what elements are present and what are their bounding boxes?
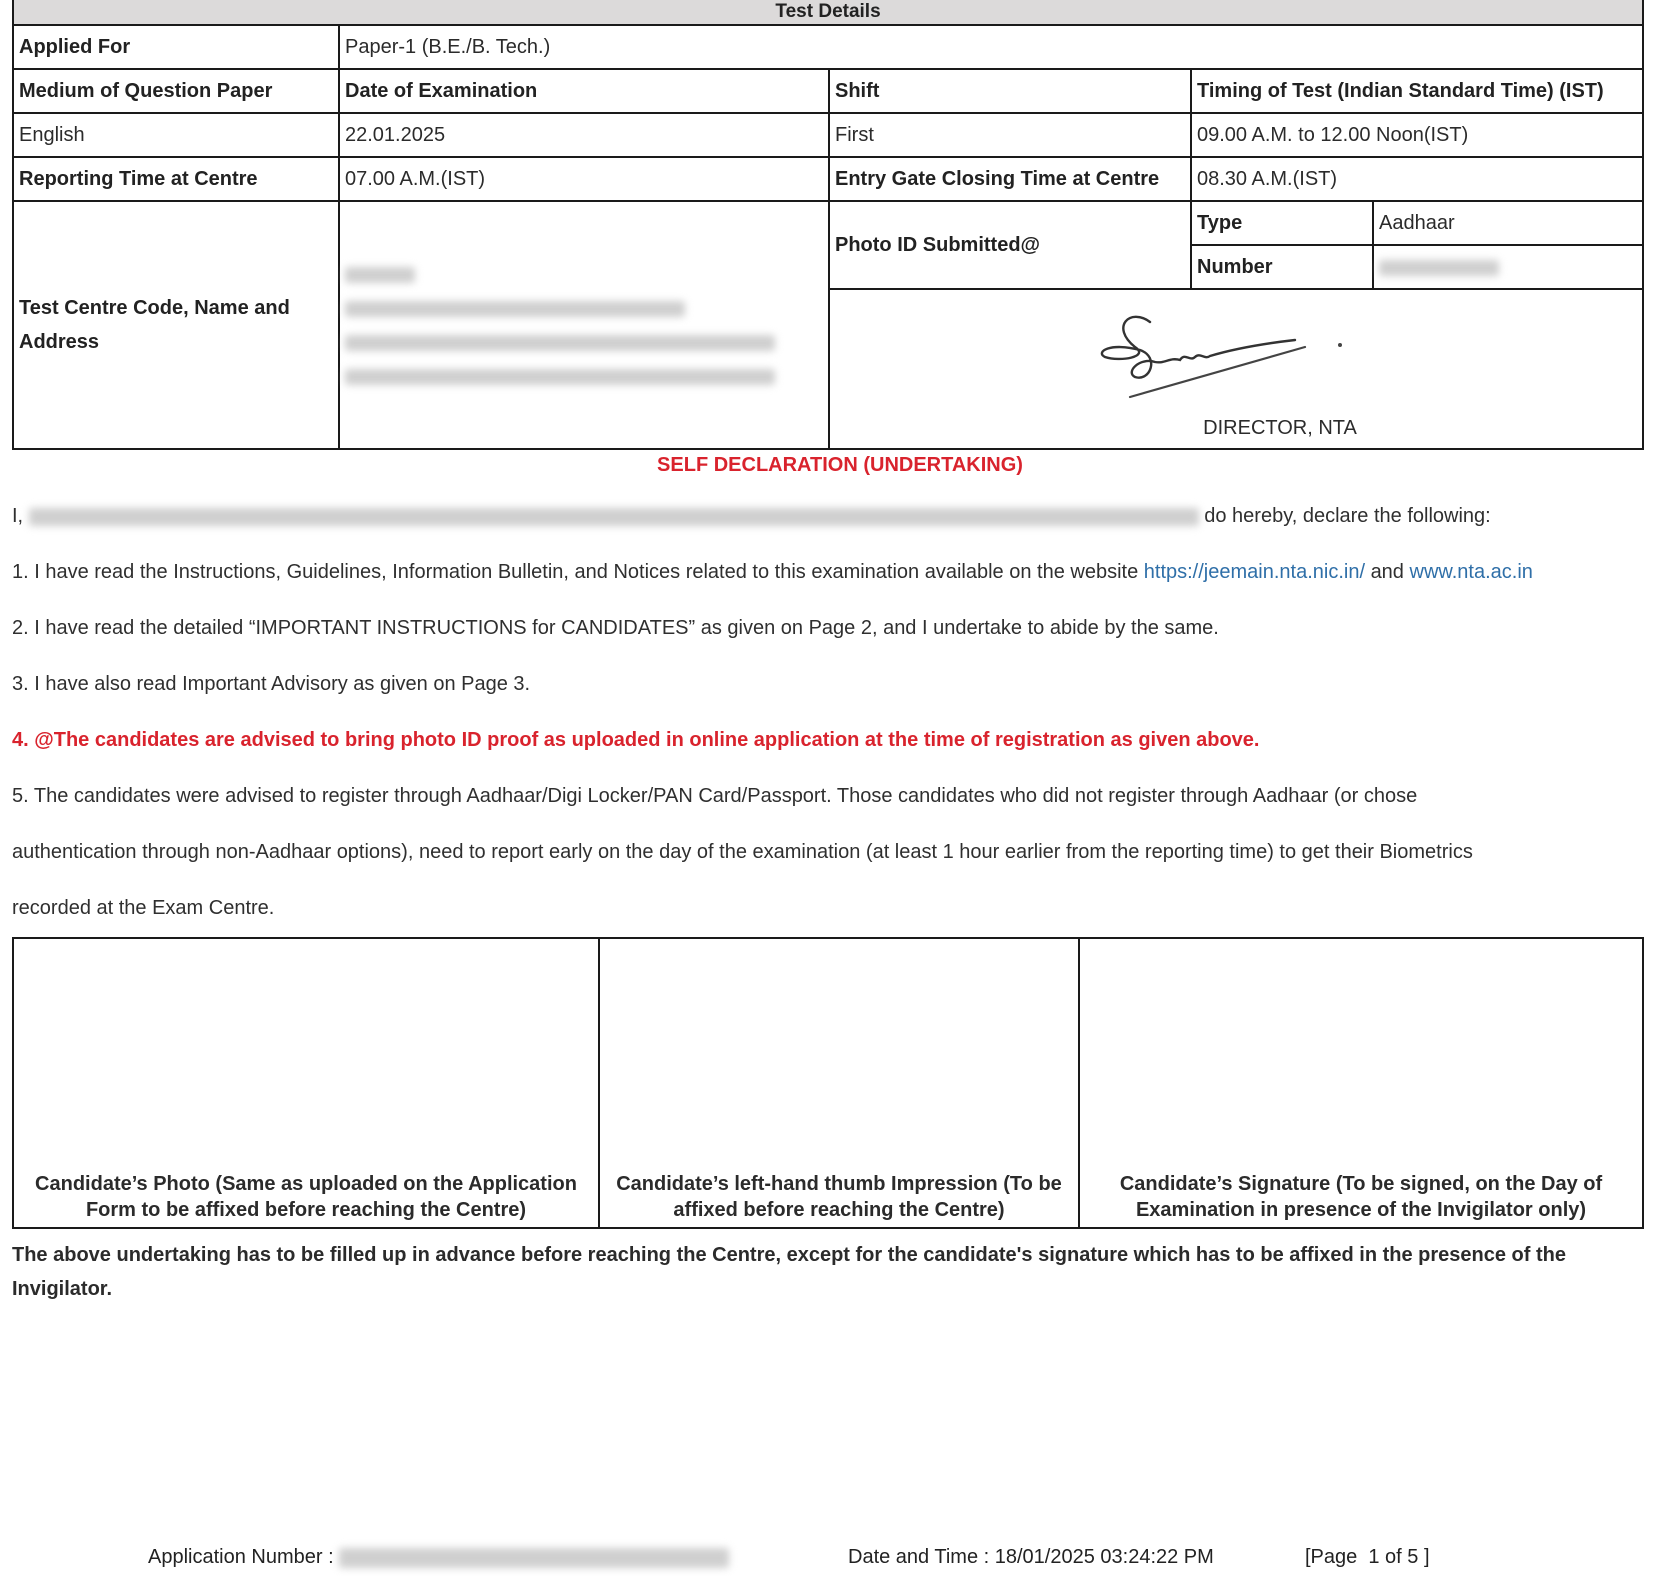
test-centre-label: Test Centre Code, Name and Address [13,201,339,449]
gate-closing-label: Entry Gate Closing Time at Centre [829,157,1191,201]
medium-label: Medium of Question Paper [13,69,339,113]
declaration-item-1: 1. I have read the Instructions, Guideli… [12,561,1533,584]
photo-id-number-label: Number [1191,245,1373,289]
photo-id-type-label: Type [1191,201,1373,245]
applied-for-value: Paper-1 (B.E./B. Tech.) [339,25,1643,69]
declaration-item-5-line-1: 5. The candidates were advised to regist… [12,785,1417,808]
gate-closing-value: 08.30 A.M.(IST) [1191,157,1643,201]
test-details-table: Test Details Applied For Paper-1 (B.E./B… [12,0,1644,450]
photo-id-number-value [1373,245,1643,289]
director-title: DIRECTOR, NTA [1203,417,1357,439]
candidate-photo-box: Candidate’s Photo (Same as uploaded on t… [13,938,599,1228]
photo-id-number-redacted [1379,260,1499,276]
page-indicator: [Page 1 of 5 ] [1305,1546,1430,1569]
photo-id-label: Photo ID Submitted@ [829,201,1191,289]
application-number: Application Number : [148,1546,729,1569]
exam-date-value: 22.01.2025 [339,113,829,157]
nta-link[interactable]: www.nta.ac.in [1410,561,1533,583]
application-number-redacted [339,1548,729,1568]
exam-date-label: Date of Examination [339,69,829,113]
declaration-item-3: 3. I have also read Important Advisory a… [12,673,530,696]
candidate-boxes: Candidate’s Photo (Same as uploaded on t… [12,937,1644,1229]
candidate-name-address-redacted [29,508,1199,526]
shift-label: Shift [829,69,1191,113]
declaration-item-2: 2. I have read the detailed “IMPORTANT I… [12,617,1219,640]
director-signature-icon [1090,302,1370,412]
photo-id-type-value: Aadhaar [1373,201,1643,245]
declaration-title: SELF DECLARATION (UNDERTAKING) [0,454,1666,477]
test-centre-value [339,201,829,449]
test-details-header: Test Details [13,0,1643,25]
timing-label: Timing of Test (Indian Standard Time) (I… [1191,69,1643,113]
declaration-item-5-line-2: authentication through non-Aadhaar optio… [12,841,1473,864]
shift-value: First [829,113,1191,157]
thumb-impression-box: Candidate’s left-hand thumb Impression (… [599,938,1079,1228]
timing-value: 09.00 A.M. to 12.00 Noon(IST) [1191,113,1643,157]
applied-for-label: Applied For [13,25,339,69]
candidate-signature-box: Candidate’s Signature (To be signed, on … [1079,938,1643,1228]
declaration-item-5-line-3: recorded at the Exam Centre. [12,897,274,920]
declaration-intro: I, do hereby, declare the following: [12,505,1491,528]
jeemain-link[interactable]: https://jeemain.nta.nic.in/ [1144,561,1365,583]
medium-value: English [13,113,339,157]
reporting-time-value: 07.00 A.M.(IST) [339,157,829,201]
declaration-item-4: 4. @The candidates are advised to bring … [12,729,1259,752]
undertaking-note: The above undertaking has to be filled u… [12,1238,1652,1306]
reporting-time-label: Reporting Time at Centre [13,157,339,201]
test-centre-redacted [345,257,823,393]
director-signature-cell: DIRECTOR, NTA [829,289,1643,449]
footer-datetime: Date and Time : 18/01/2025 03:24:22 PM [848,1546,1214,1569]
